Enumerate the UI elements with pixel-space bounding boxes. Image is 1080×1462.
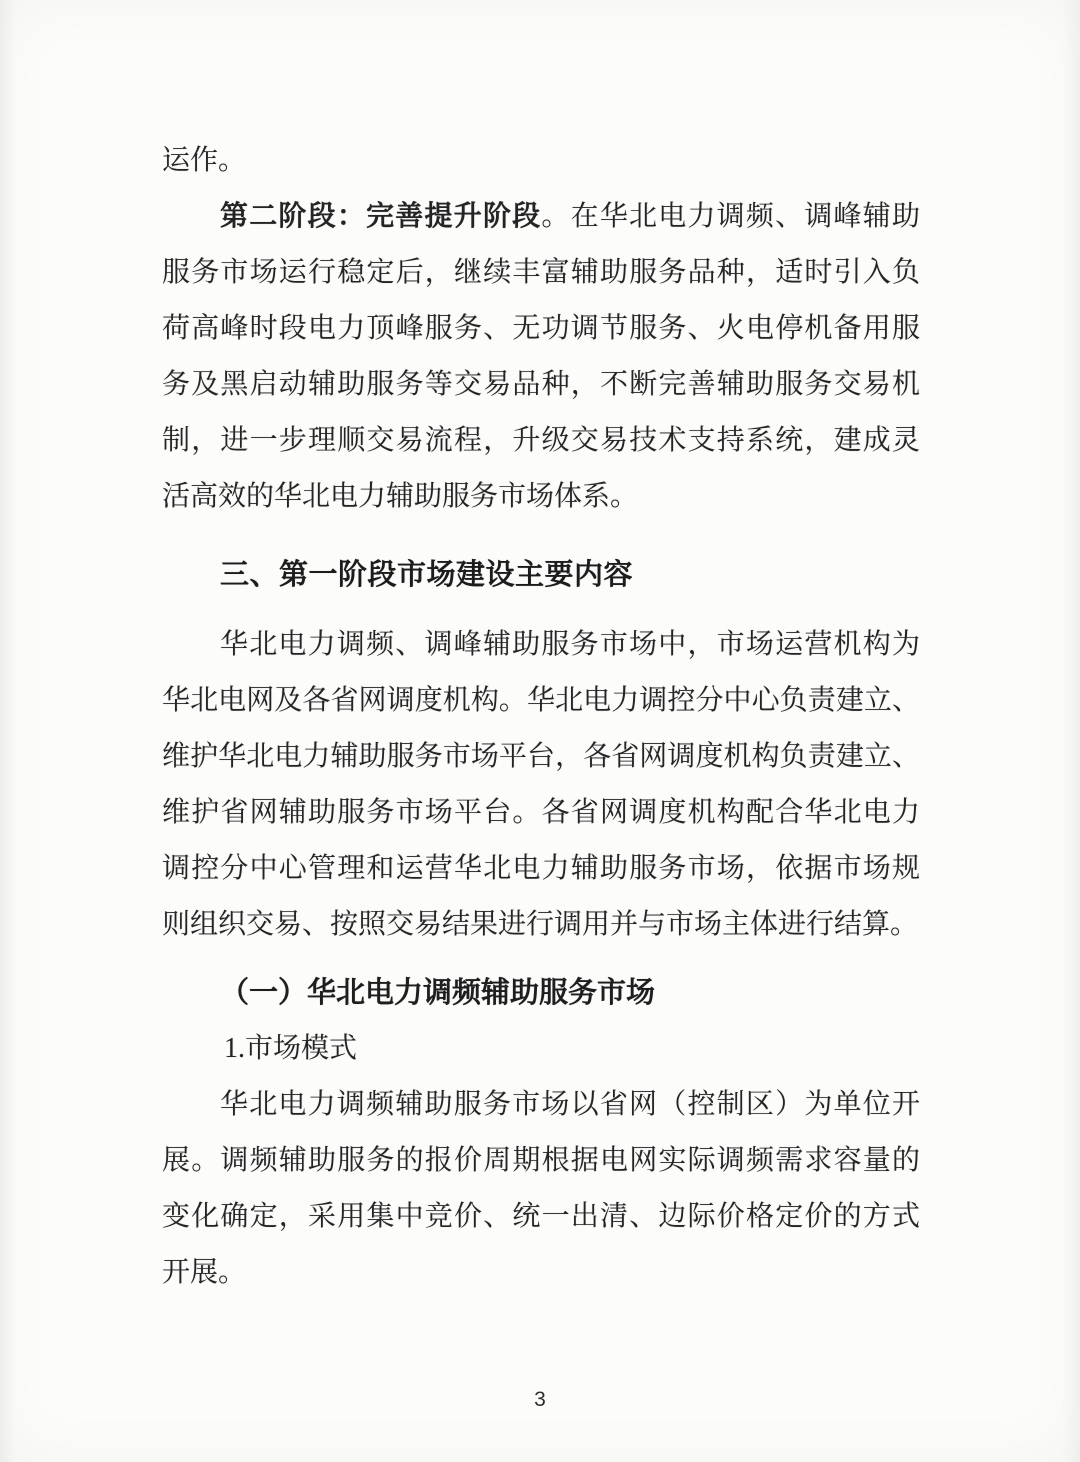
text-line: 华北电力调频辅助服务市场以省网（控制区）为单位开 bbox=[162, 1077, 920, 1133]
text-line: 则组织交易、按照交易结果进行调用并与市场主体进行结算。 bbox=[162, 897, 920, 953]
text-line: （一）华北电力调频辅助服务市场 bbox=[220, 965, 920, 1021]
text-line: 三、第一阶段市场建设主要内容 bbox=[220, 547, 920, 603]
text-line: 维护省网辅助服务市场平台。各省网调度机构配合华北电力 bbox=[162, 785, 920, 841]
text-line: 服务市场运行稳定后，继续丰富辅助服务品种，适时引入负 bbox=[162, 245, 920, 301]
text-line: 变化确定，采用集中竞价、统一出清、边际价格定价的方式 bbox=[162, 1189, 920, 1245]
text-line: 第二阶段：完善提升阶段。在华北电力调频、调峰辅助 bbox=[162, 189, 920, 245]
paragraph-market-operators: 华北电力调频、调峰辅助服务市场中，市场运营机构为华北电网及各省网调度机构。华北电… bbox=[162, 617, 920, 953]
text-line: 务及黑启动辅助服务等交易品种，不断完善辅助服务交易机 bbox=[162, 357, 920, 413]
paragraph-stage-two: 第二阶段：完善提升阶段。在华北电力调频、调峰辅助服务市场运行稳定后，继续丰富辅助… bbox=[162, 189, 920, 525]
subsection-heading-one: （一）华北电力调频辅助服务市场 bbox=[162, 965, 920, 1021]
text-line: 制，进一步理顺交易流程，升级交易技术支持系统，建成灵 bbox=[162, 413, 920, 469]
text-line: 调控分中心管理和运营华北电力辅助服务市场，依据市场规 bbox=[162, 841, 920, 897]
paragraph-continuation: 运作。 bbox=[162, 133, 920, 189]
text-line: 维护华北电力辅助服务市场平台，各省网调度机构负责建立、 bbox=[162, 729, 920, 785]
page-number: 3 bbox=[0, 1388, 1080, 1412]
section-heading-three: 三、第一阶段市场建设主要内容 bbox=[162, 547, 920, 603]
text-line: 展。调频辅助服务的报价周期根据电网实际调频需求容量的 bbox=[162, 1133, 920, 1189]
text-line: 荷高峰时段电力顶峰服务、无功调节服务、火电停机备用服 bbox=[162, 301, 920, 357]
text-line: 开展。 bbox=[162, 1245, 920, 1301]
text-line: 活高效的华北电力辅助服务市场体系。 bbox=[162, 469, 920, 525]
text-line: 1.市场模式 bbox=[224, 1021, 920, 1077]
text-line: 华北电网及各省网调度机构。华北电力调控分中心负责建立、 bbox=[162, 673, 920, 729]
paragraph-market-mode: 华北电力调频辅助服务市场以省网（控制区）为单位开展。调频辅助服务的报价周期根据电… bbox=[162, 1077, 920, 1301]
text-line: 华北电力调频、调峰辅助服务市场中，市场运营机构为 bbox=[162, 617, 920, 673]
bold-run: 第二阶段：完善提升阶段 bbox=[220, 201, 541, 232]
document-body: 运作。第二阶段：完善提升阶段。在华北电力调频、调峰辅助服务市场运行稳定后，继续丰… bbox=[162, 133, 920, 1301]
text-line: 运作。 bbox=[162, 133, 920, 189]
item-heading-market-mode: 1.市场模式 bbox=[162, 1021, 920, 1077]
